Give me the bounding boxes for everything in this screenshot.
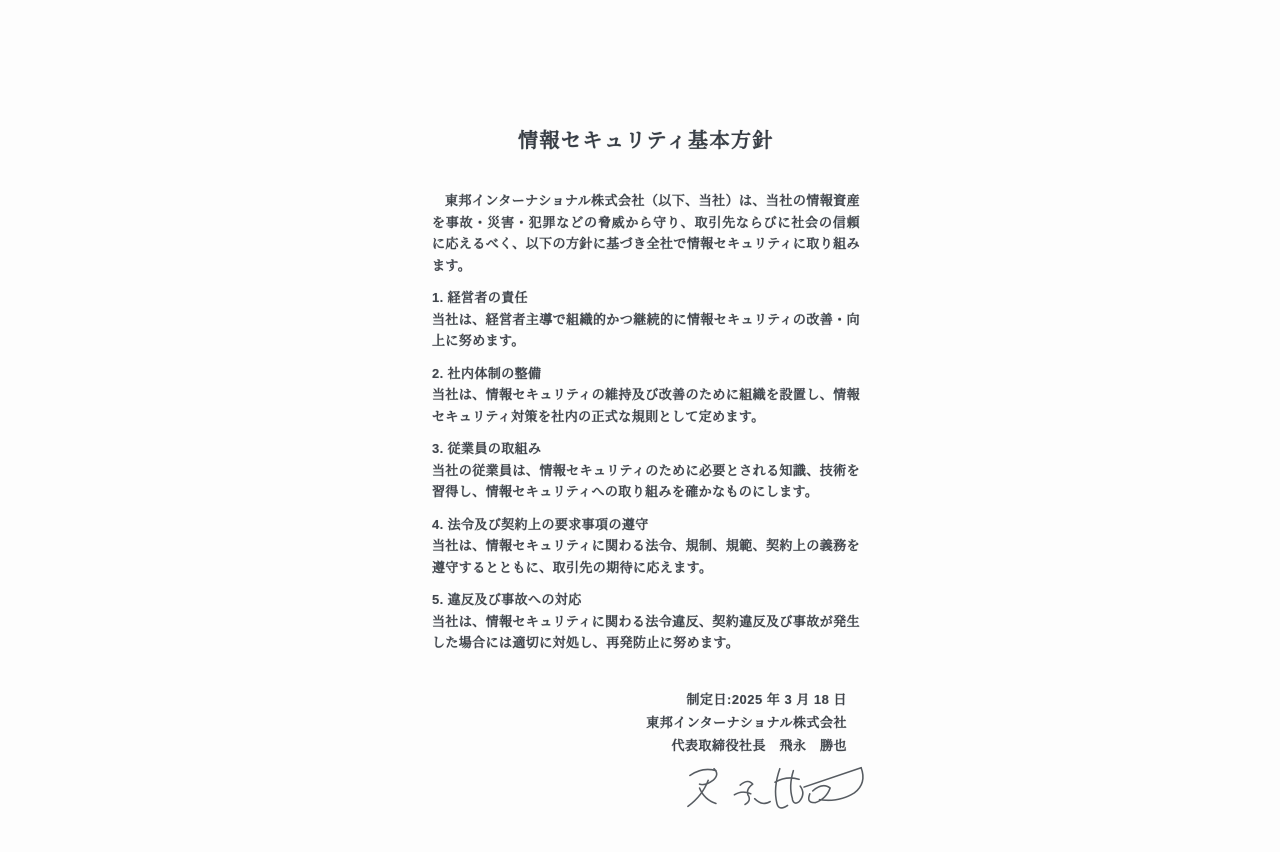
enactment-date: 制定日:2025 年 3 月 18 日	[432, 688, 847, 711]
policy-document: 情報セキュリティ基本方針 東邦インターナショナル株式会社（以下、当社）は、当社の…	[432, 124, 860, 824]
document-title: 情報セキュリティ基本方針	[432, 124, 860, 153]
section-4-body: 当社は、情報セキュリティに関わる法令、規制、規範、契約上の義務を遵守するとともに…	[432, 535, 860, 578]
section-3: 3. 従業員の取組み 当社の従業員は、情報セキュリティのために必要とされる知識、…	[432, 438, 860, 503]
section-5: 5. 違反及び事故への対応 当社は、情報セキュリティに関わる法令違反、契約違反及…	[432, 589, 860, 654]
section-1: 1. 経営者の責任 当社は、経営者主導で組織的かつ継続的に情報セキュリティの改善…	[432, 287, 860, 352]
section-3-heading: 3. 従業員の取組み	[432, 438, 860, 460]
section-5-body: 当社は、情報セキュリティに関わる法令違反、契約違反及び事故が発生した場合には適切…	[432, 611, 860, 654]
section-5-heading: 5. 違反及び事故への対応	[432, 589, 860, 611]
intro-paragraph: 東邦インターナショナル株式会社（以下、当社）は、当社の情報資産を事故・災害・犯罪…	[432, 190, 860, 276]
signer-title-and-name: 代表取締役社長 飛永 勝也	[432, 734, 847, 757]
section-2: 2. 社内体制の整備 当社は、情報セキュリティの維持及び改善のために組織を設置し…	[432, 363, 860, 428]
handwritten-signature-icon	[677, 759, 873, 819]
section-1-heading: 1. 経営者の責任	[432, 287, 860, 309]
company-name: 東邦インターナショナル株式会社	[432, 711, 847, 734]
document-footer: 制定日:2025 年 3 月 18 日 東邦インターナショナル株式会社 代表取締…	[432, 688, 860, 824]
section-2-body: 当社は、情報セキュリティの維持及び改善のために組織を設置し、情報セキュリティ対策…	[432, 384, 860, 427]
section-4-heading: 4. 法令及び契約上の要求事項の遵守	[432, 514, 860, 536]
signature-block	[432, 759, 873, 824]
section-2-heading: 2. 社内体制の整備	[432, 363, 860, 385]
scanned-document-page: 情報セキュリティ基本方針 東邦インターナショナル株式会社（以下、当社）は、当社の…	[0, 0, 1280, 852]
section-3-body: 当社の従業員は、情報セキュリティのために必要とされる知識、技術を習得し、情報セキ…	[432, 460, 860, 503]
section-1-body: 当社は、経営者主導で組織的かつ継続的に情報セキュリティの改善・向上に努めます。	[432, 309, 860, 352]
section-4: 4. 法令及び契約上の要求事項の遵守 当社は、情報セキュリティに関わる法令、規制…	[432, 514, 860, 579]
